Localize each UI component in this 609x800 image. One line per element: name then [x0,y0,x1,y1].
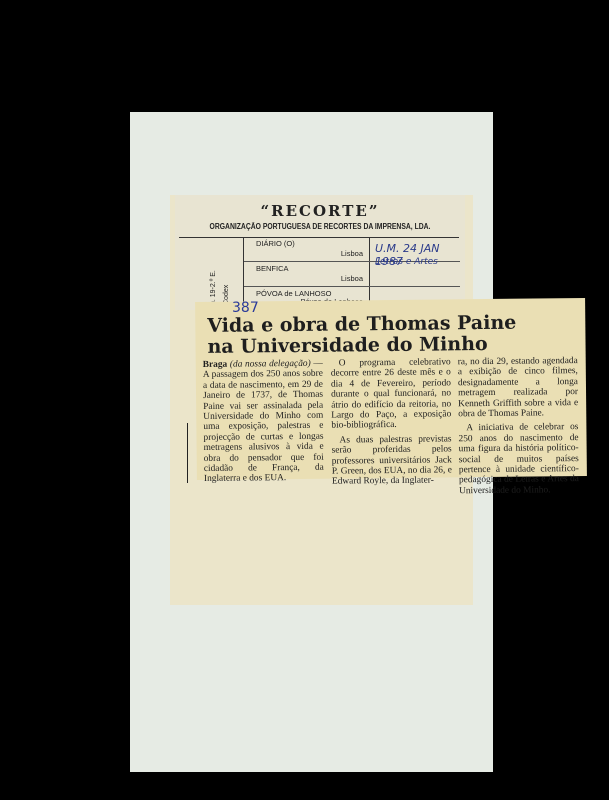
clipping-header: “RECORTE” ORGANIZAÇÃO PORTUGUESA DE RECO… [175,195,465,310]
article-column-3: ra, no dia 29, estando agendada a exibiç… [458,356,579,501]
address-fragment: n. 19-2.º E. [210,270,217,305]
newspaper-article: Vida e obra de Thomas Paine na Universid… [195,298,587,480]
paragraph: ra, no dia 29, estando agendada a exibiç… [458,356,579,420]
article-column-1: Braga (da nossa delegação) — A passagem … [203,359,324,489]
paragraph: A iniciativa de celebrar os 250 anos do … [458,422,579,496]
source-location: Lisboa [341,249,363,258]
dateline-place: Braga [203,360,228,370]
table-divider [369,237,370,310]
headline-line: na Universidade do Minho [207,334,516,358]
paragraph: O programa celebrativo decorre entre 26 … [331,357,452,431]
handwritten-number: 387 [232,300,259,316]
article-column-2: O programa celebrativo decorre entre 26 … [331,357,452,491]
source-row: BENFICA Lisboa [244,262,369,286]
agency-subtitle: ORGANIZAÇÃO PORTUGUESA DE RECORTES DA IM… [197,222,444,231]
agency-title: “RECORTE” [175,202,465,220]
article-headline: Vida e obra de Thomas Paine na Universid… [207,313,516,358]
source-name: DIÁRIO (O) [256,239,295,248]
paragraph: Braga (da nossa delegação) — A passagem … [203,359,324,485]
source-row: DIÁRIO (O) Lisboa [244,237,369,261]
dateline-credit: (da nossa delegação) [230,359,311,370]
source-name: BENFICA [256,264,289,273]
handwritten-section: Letras e Artes [375,257,438,267]
margin-mark [187,423,188,483]
paragraph: As duas palestras previstas serão profer… [331,434,452,487]
paragraph-text: — A passagem dos 250 anos sobre a data d… [203,359,324,485]
source-location: Lisboa [341,274,363,283]
